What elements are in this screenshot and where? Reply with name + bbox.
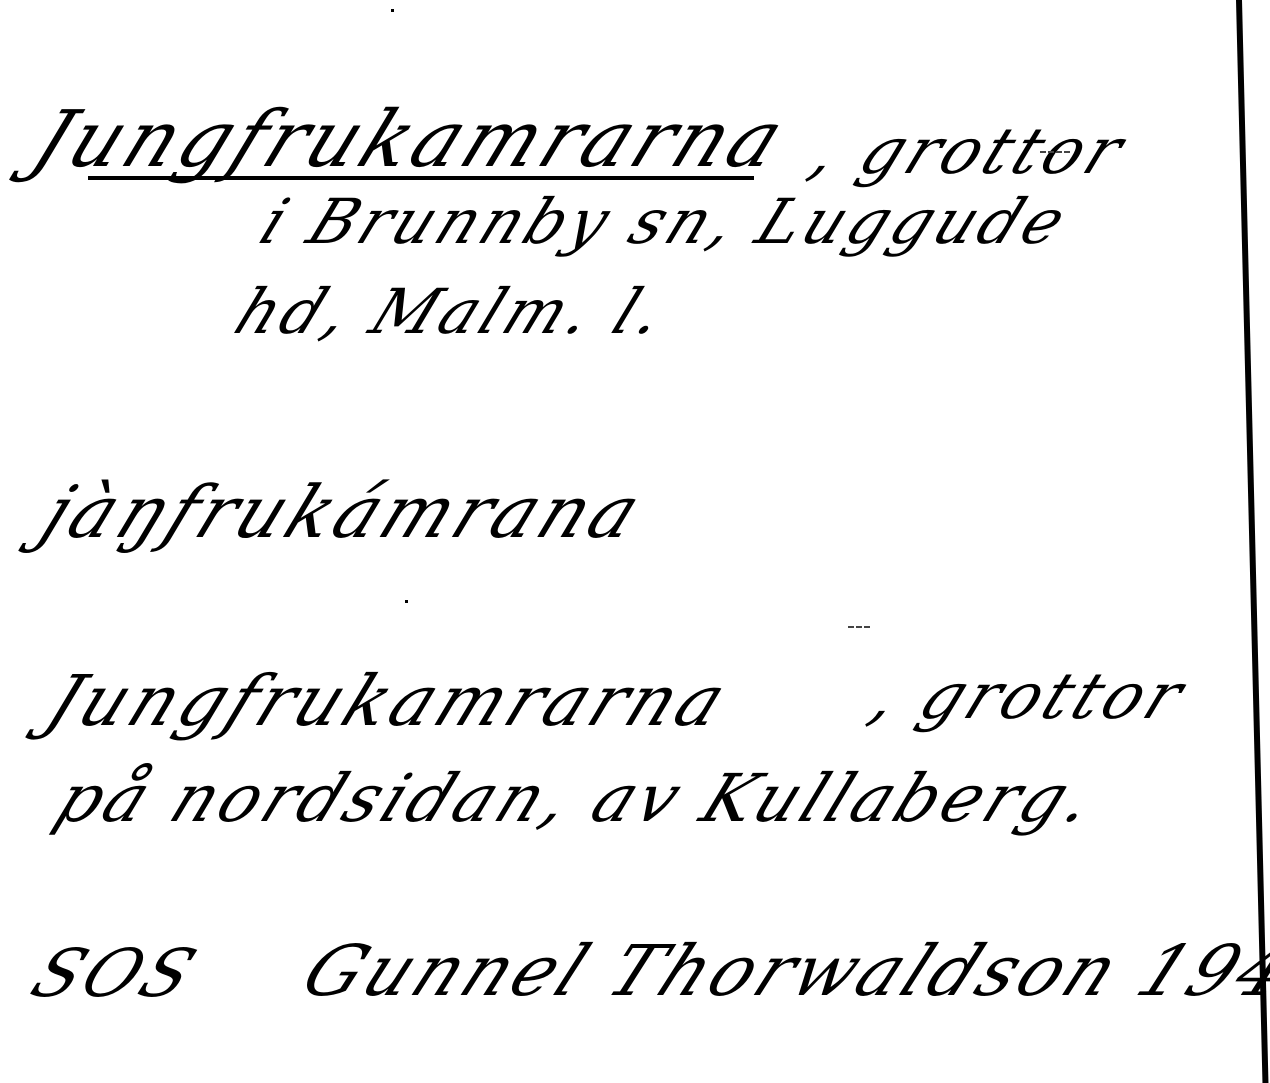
scan-artifact-dash	[848, 626, 870, 630]
entry-1-location-line: i Brunnby sn, Luggude	[250, 185, 1080, 258]
entry-1-descriptor: , grottor	[800, 115, 1137, 189]
entry-3-location-line: på nordsidan, av Kullaberg.	[45, 760, 1109, 837]
footer-signature: Gunnel Thorwaldson 1945.	[290, 930, 1270, 1012]
document-page: Jungfrukamrarna , grottor i Brunnby sn, …	[0, 0, 1270, 1083]
entry-3-headword: Jungfrukamrarna	[35, 660, 742, 742]
headword-underline	[88, 176, 754, 180]
scan-speck	[391, 9, 394, 12]
entry-2-dialect-form: jàŋfrukámrana	[30, 470, 656, 554]
scan-artifact-dash	[1040, 151, 1070, 155]
page-edge-border	[1236, 0, 1268, 1083]
footer-initials: SOS	[20, 935, 211, 1012]
entry-1-county-line: hd, Malm. l.	[225, 275, 680, 348]
entry-1-headword: Jungfrukamrarna	[20, 95, 800, 185]
scan-speck	[405, 600, 408, 603]
entry-3-descriptor: , grottor	[860, 660, 1197, 734]
